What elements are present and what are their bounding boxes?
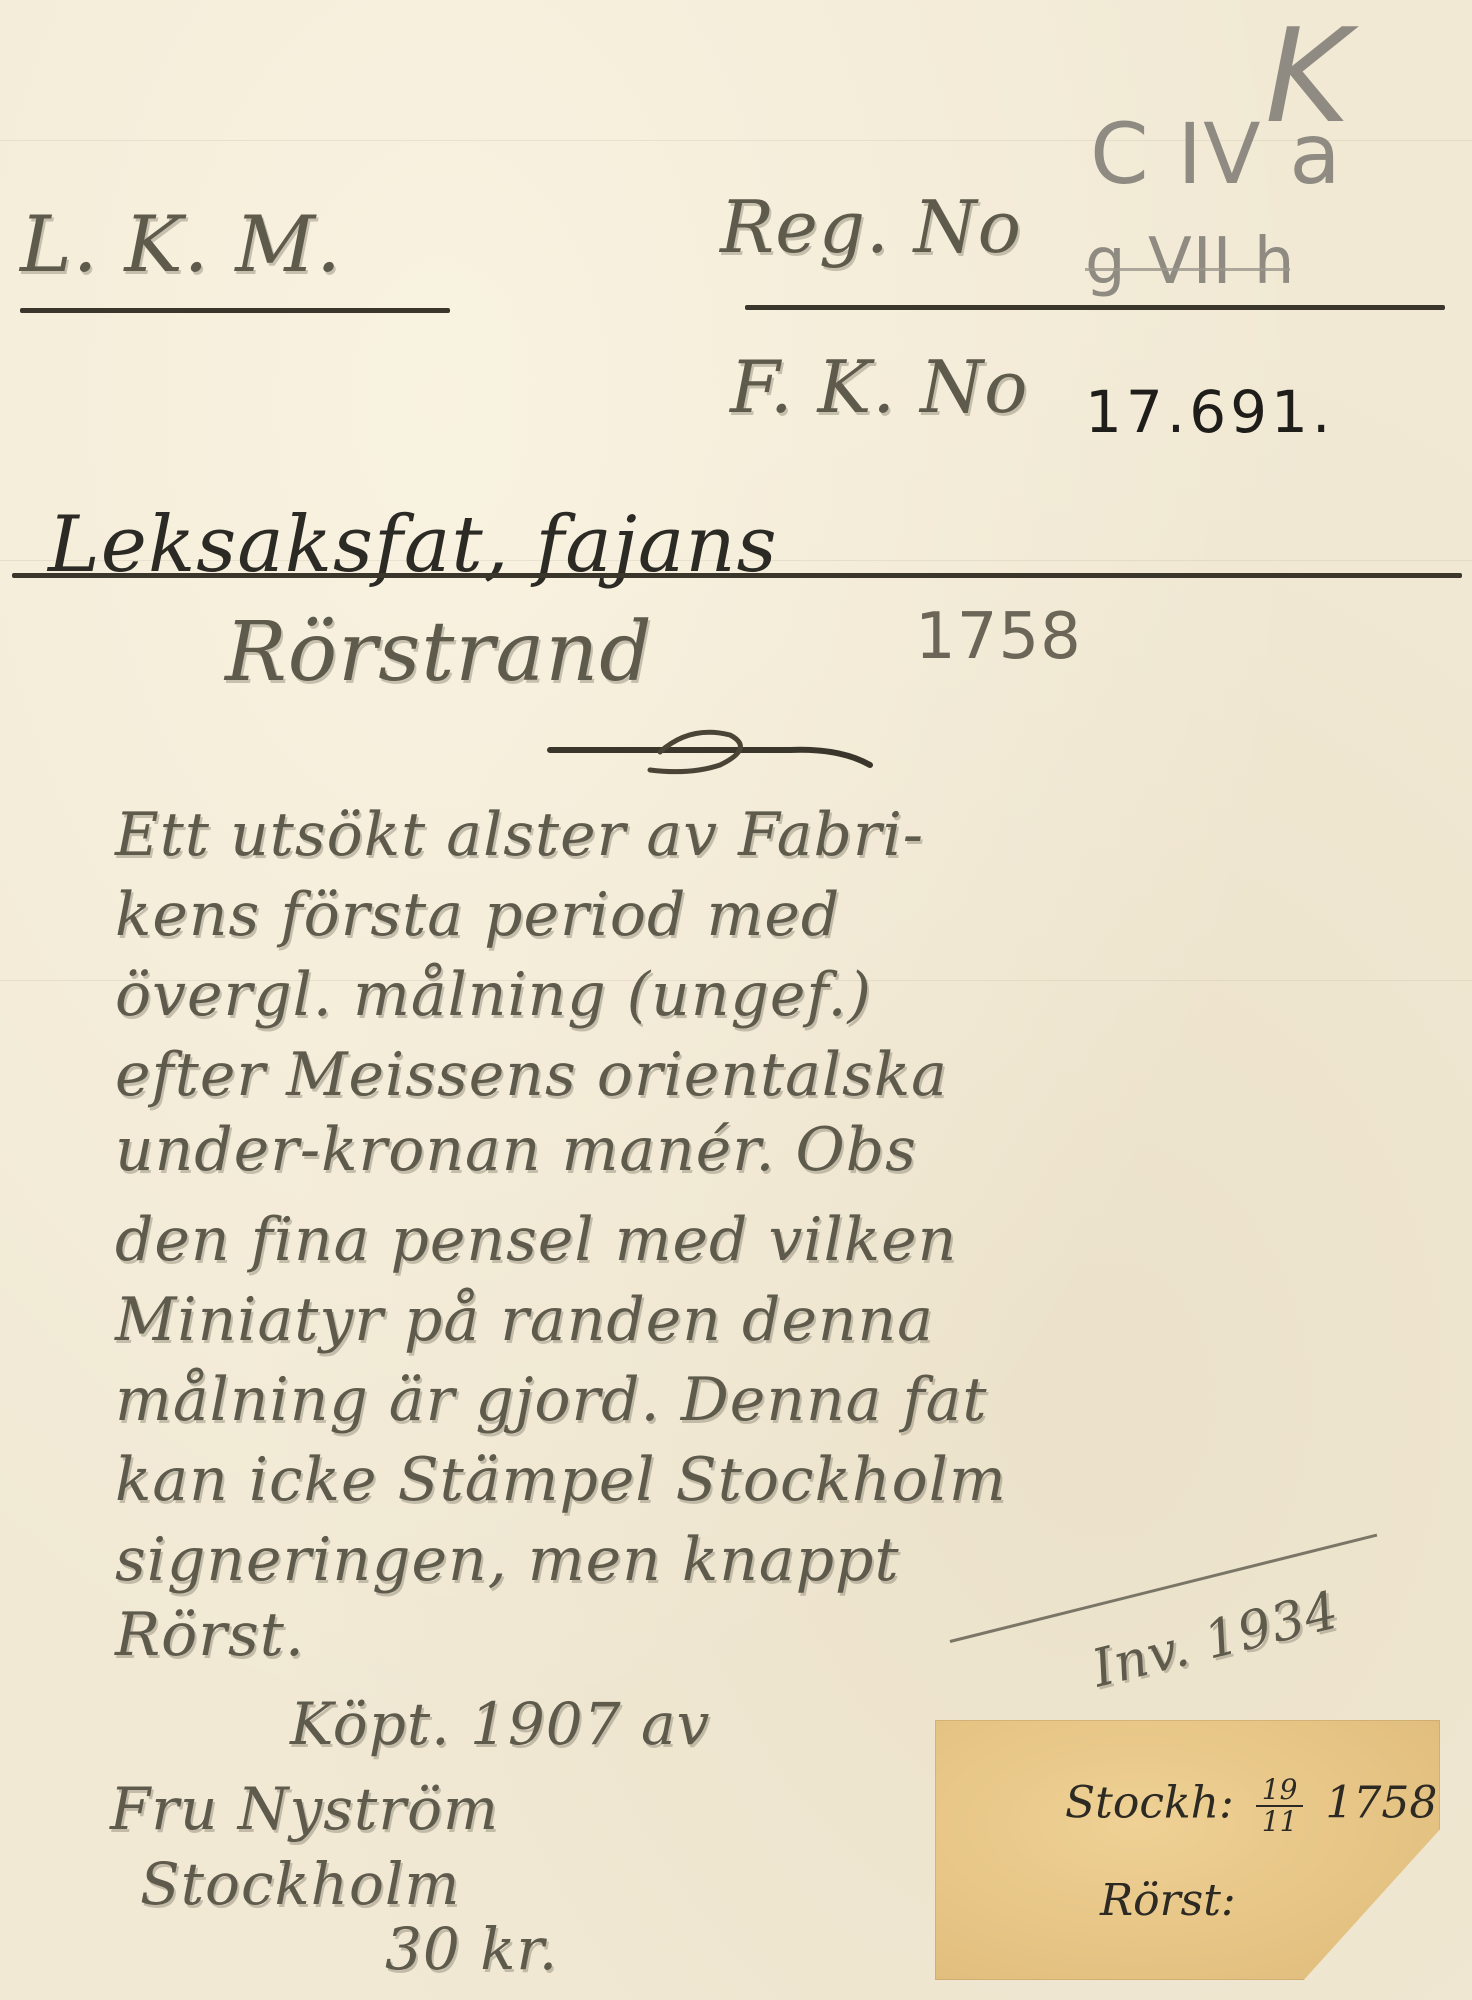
attached-paper-label: Stockh: 19 11 1758 Rörst: bbox=[935, 1720, 1440, 1980]
acquisition-line: 30 kr. bbox=[385, 1915, 558, 1983]
description-line: den fina pensel med vilken bbox=[115, 1205, 957, 1275]
label-day: 19 bbox=[1256, 1775, 1304, 1807]
description-line: kan icke Stämpel Stockholm bbox=[115, 1445, 1007, 1515]
label-place: Stockh: bbox=[1065, 1778, 1234, 1829]
label-place-date: Stockh: 19 11 1758 bbox=[1065, 1775, 1437, 1837]
label-year: 1758 bbox=[1325, 1778, 1437, 1829]
acquisition-line: Fru Nyström bbox=[110, 1775, 499, 1843]
flourish-divider-icon bbox=[540, 720, 890, 780]
inventory-number: 17.691. bbox=[1085, 378, 1334, 446]
label-month: 11 bbox=[1256, 1807, 1304, 1837]
description-line: efter Meissens orientalska bbox=[115, 1040, 948, 1110]
strikethrough bbox=[1085, 268, 1290, 271]
description-line: Rörst. bbox=[115, 1600, 305, 1670]
description-line: målning är gjord. Denna fat bbox=[115, 1365, 988, 1435]
register-label: Reg. No bbox=[720, 185, 1022, 269]
description-line: Ett utsökt alster av Fabri- bbox=[115, 800, 924, 870]
description-line: Miniatyr på randen denna bbox=[115, 1285, 934, 1355]
title-rule bbox=[12, 573, 1462, 578]
collection-mark: L. K. M. bbox=[20, 200, 342, 290]
acquisition-line: Stockholm bbox=[140, 1850, 460, 1918]
description-line: under-kronan manér. Obs bbox=[115, 1115, 917, 1185]
description-line: signeringen, men knappt bbox=[115, 1525, 900, 1595]
header-right-rule bbox=[745, 305, 1445, 310]
pencil-class-mark: C IV a bbox=[1090, 105, 1342, 203]
catalogue-card: L. K. M. Reg. No K C IV a g VII h F. K. … bbox=[0, 0, 1472, 2000]
maker-year: 1758 bbox=[915, 600, 1082, 674]
maker-name: Rörstrand bbox=[225, 605, 653, 700]
description-line: övergl. målning (ungef.) bbox=[115, 960, 872, 1030]
acquisition-line: Köpt. 1907 av bbox=[290, 1690, 710, 1758]
label-maker: Rörst: bbox=[1100, 1875, 1236, 1926]
header-left-rule bbox=[20, 308, 450, 313]
label-date-fraction: 19 11 bbox=[1256, 1775, 1304, 1837]
inventory-label: F. K. No bbox=[730, 345, 1028, 429]
struck-old-register-number: g VII h bbox=[1085, 225, 1295, 299]
description-line: kens första period med bbox=[115, 880, 840, 950]
